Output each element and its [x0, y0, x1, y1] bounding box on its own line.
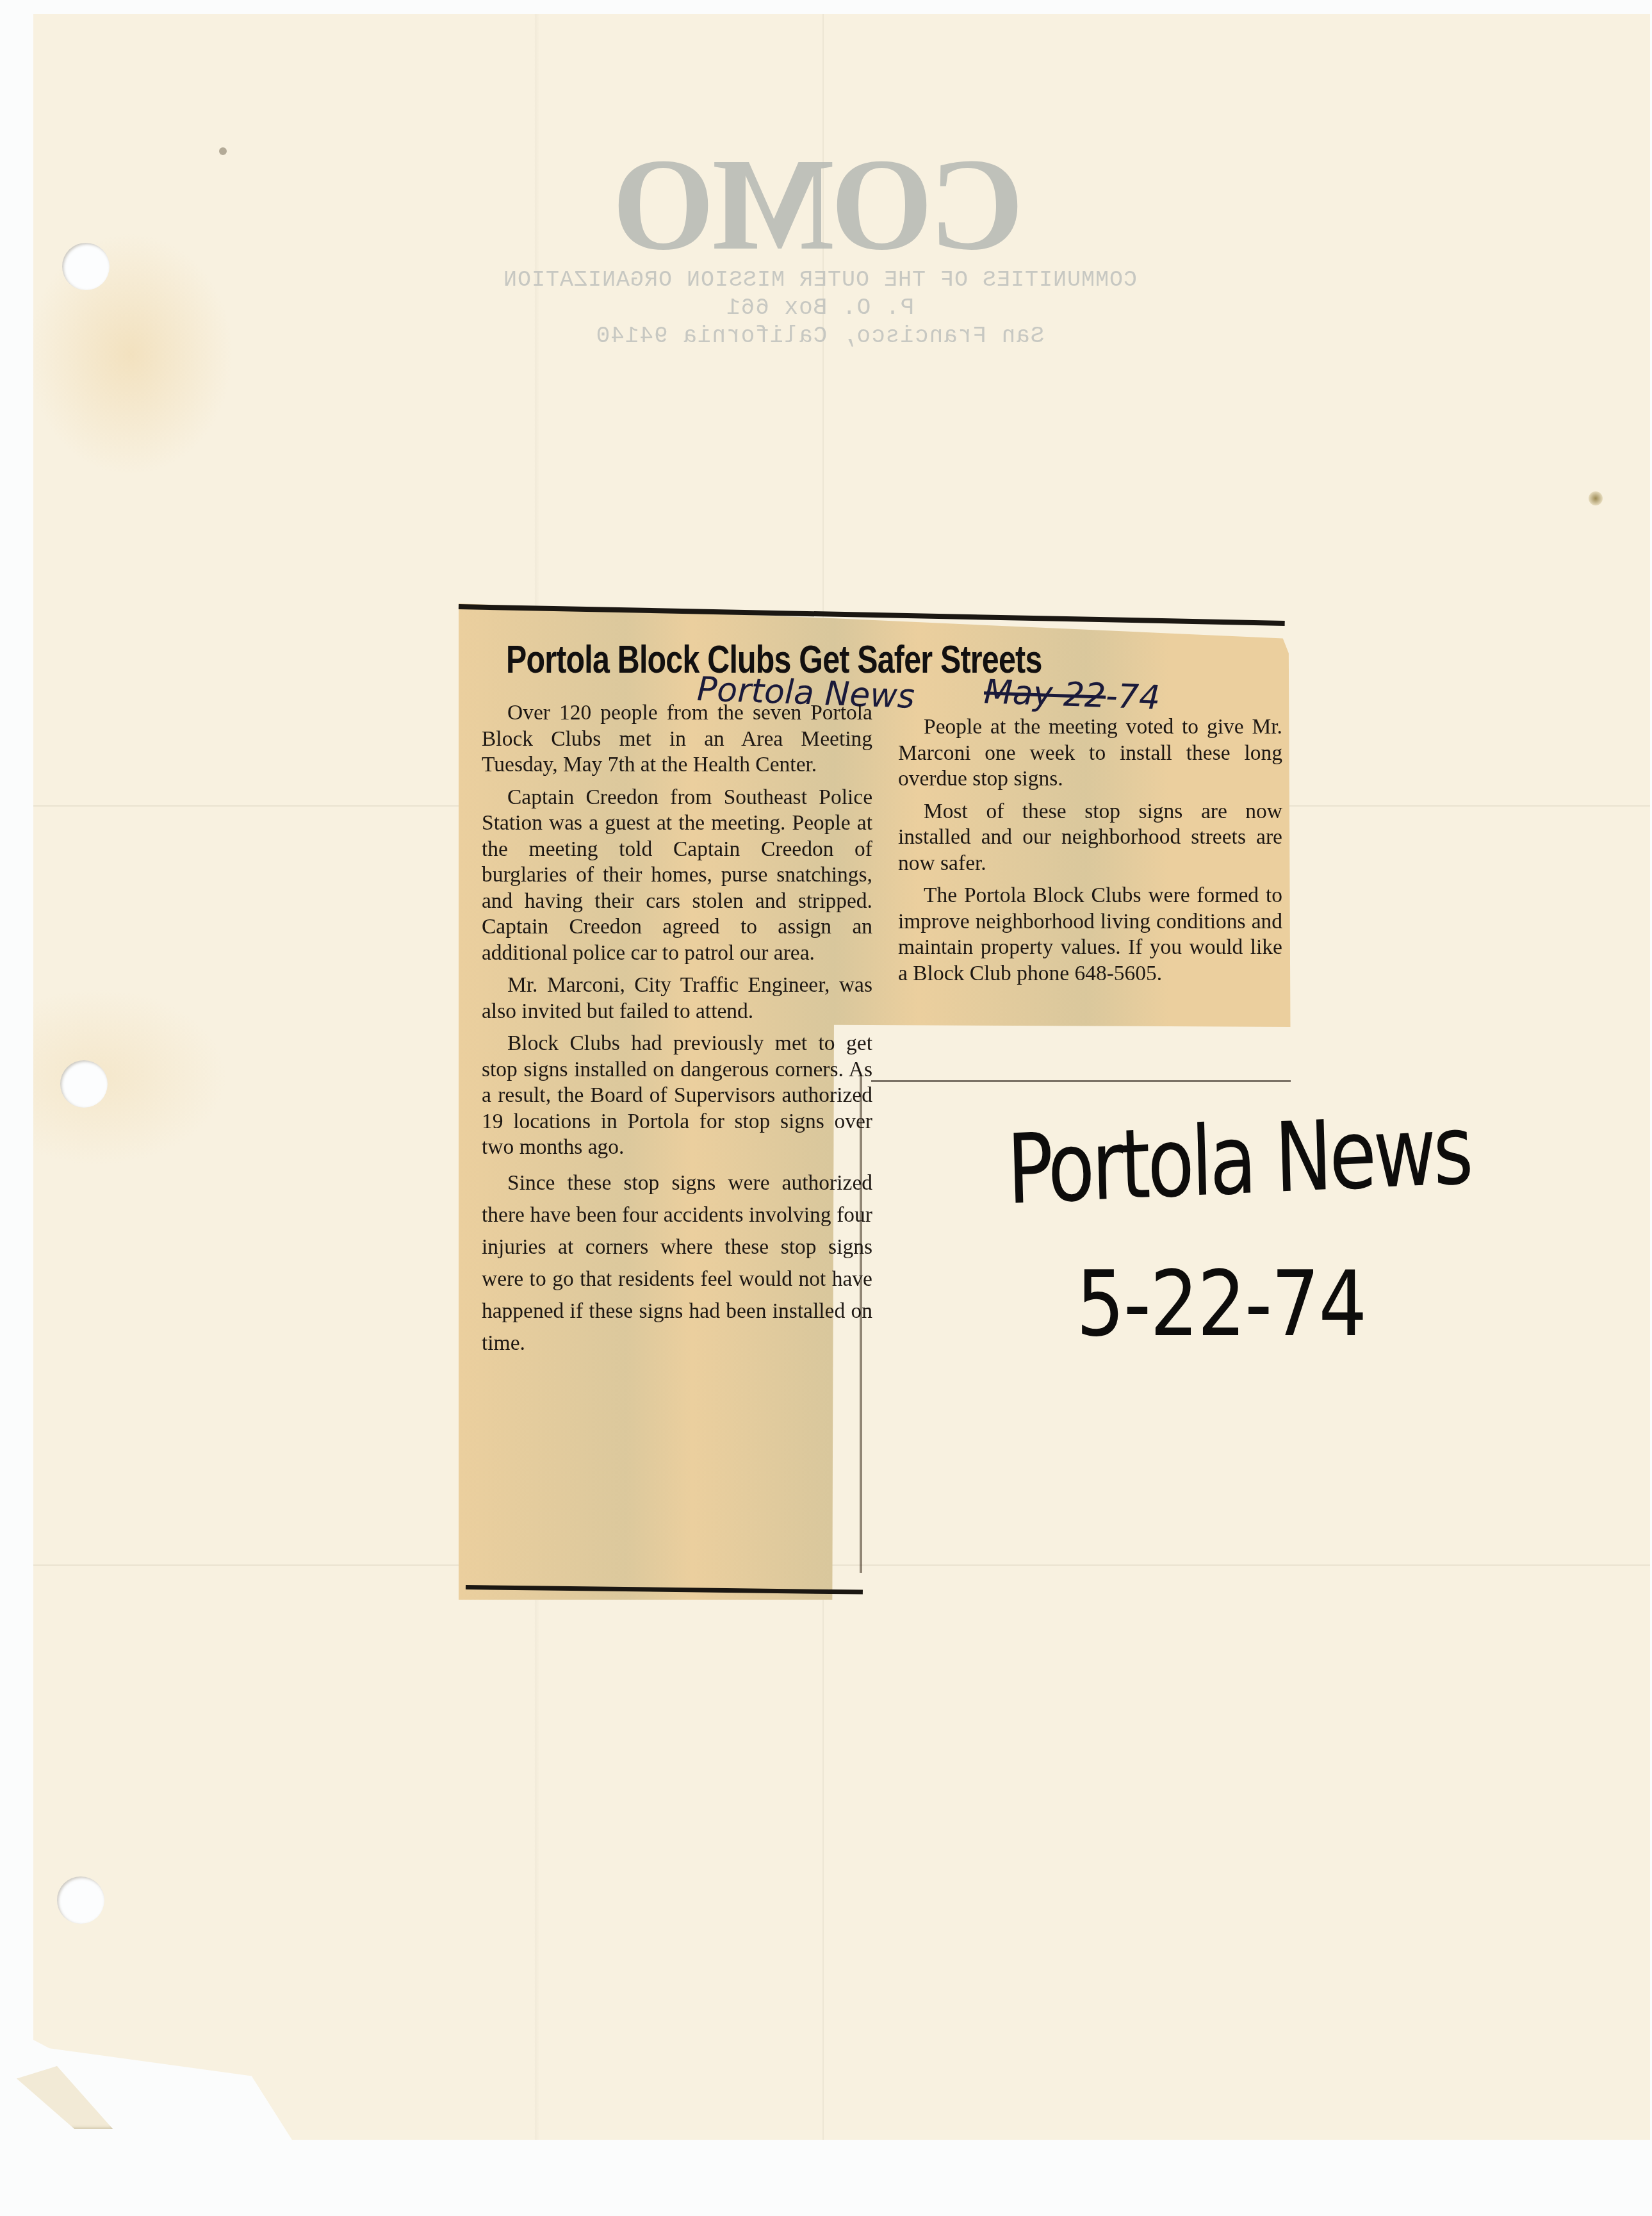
letterhead-po-box: P. O. Box 661 — [442, 294, 1198, 322]
letterhead-city: San Francisco, California 94140 — [442, 322, 1198, 350]
article-paragraph: Since these stop signs were authorized t… — [482, 1167, 872, 1359]
handwritten-publication: Portola News — [1006, 1094, 1471, 1226]
hole-punch-top — [62, 243, 110, 290]
clipping-annotation-date: May 22-74 — [983, 673, 1161, 718]
folded-corner — [17, 2066, 113, 2129]
hole-punch-middle — [60, 1060, 108, 1108]
annotation-date-year: -74 — [1105, 677, 1161, 718]
stain-spot — [1589, 491, 1603, 505]
article-paragraph: The Portola Block Clubs were formed to i… — [898, 883, 1282, 987]
clipping-column-right: People at the meeting voted to give Mr. … — [898, 714, 1282, 993]
clipping-edge-step — [871, 1080, 1291, 1082]
clipping-column-left: Over 120 people from the seven Portola B… — [482, 700, 872, 1366]
letterhead-logo: COMO — [442, 144, 1198, 266]
handwritten-date: 5-22-74 — [1076, 1252, 1366, 1357]
article-paragraph: Captain Creedon from Southeast Police St… — [482, 785, 872, 967]
annotation-date-struck: May 22 — [983, 673, 1106, 716]
article-paragraph: Over 120 people from the seven Portola B… — [482, 700, 872, 778]
fold-crease-horizontal — [33, 1564, 1650, 1566]
article-paragraph: Block Clubs had previously met to get st… — [482, 1031, 872, 1161]
stain-spot — [219, 147, 227, 155]
letterhead-bleedthrough: COMO COMMUNITIES OF THE OUTER MISSION OR… — [442, 144, 1198, 350]
hole-punch-bottom — [57, 1876, 104, 1924]
letterhead-organization: COMMUNITIES OF THE OUTER MISSION ORGANIZ… — [442, 266, 1198, 294]
article-paragraph: People at the meeting voted to give Mr. … — [898, 714, 1282, 792]
article-paragraph: Most of these stop signs are now install… — [898, 799, 1282, 877]
article-paragraph: Mr. Marconi, City Traffic Engineer, was … — [482, 973, 872, 1024]
